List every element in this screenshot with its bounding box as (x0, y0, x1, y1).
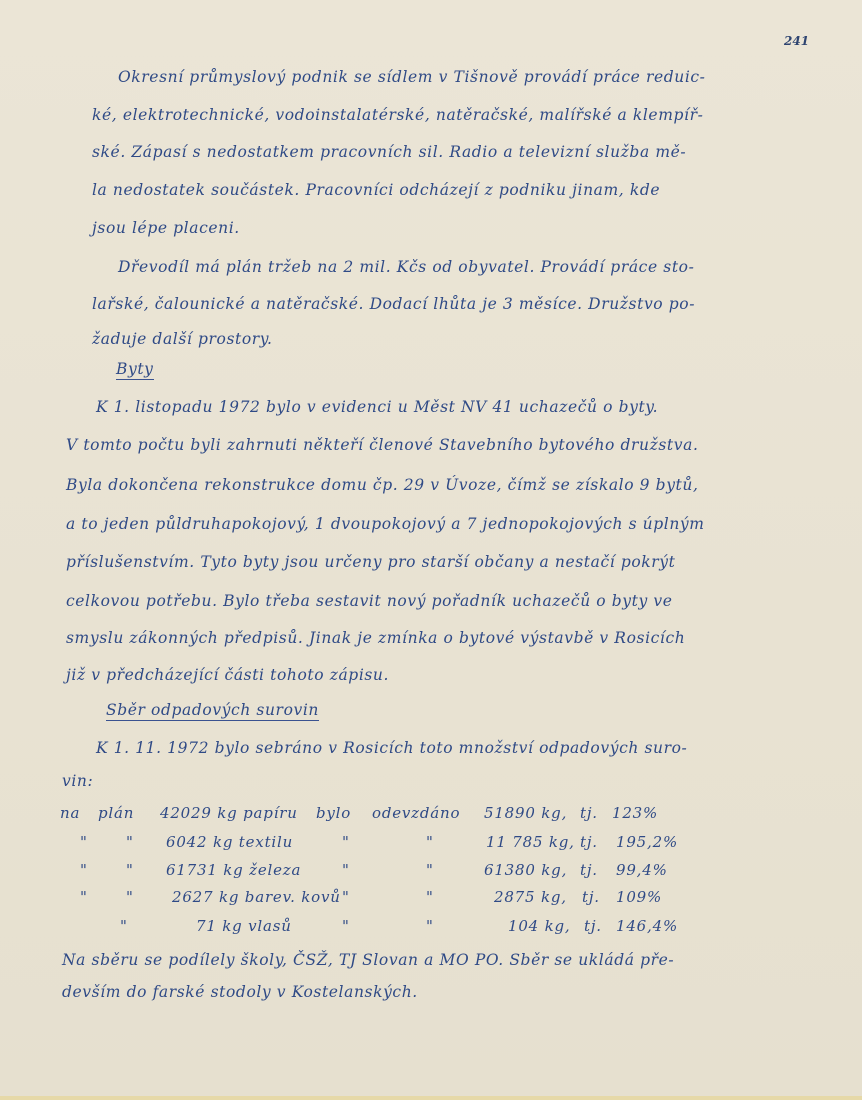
cell-tj: tj. (582, 888, 600, 906)
cell-verb: " (342, 861, 350, 879)
cell-pct: 146,4% (616, 917, 678, 935)
cell-pct: 109% (616, 888, 662, 906)
document-page: 241 Okresní průmyslový podnik se sídlem … (0, 0, 862, 1100)
cell-prefix: plán (98, 804, 134, 822)
cell-verb: bylo (316, 804, 351, 822)
text-line: příslušenstvím. Tyto byty jsou určeny pr… (66, 553, 676, 571)
cell-prefix: " (126, 861, 134, 879)
text-line: celkovou potřebu. Bylo třeba sestavit no… (66, 592, 672, 610)
cell-prefix: " (80, 833, 88, 851)
cell-prefix: " (80, 861, 88, 879)
cell-plan: 71 kg vlasů (196, 917, 292, 935)
text-line: devším do farské stodoly v Kostelanských… (62, 983, 418, 1001)
text-line: Okresní průmyslový podnik se sídlem v Ti… (118, 68, 706, 86)
text-line: žaduje další prostory. (92, 330, 273, 348)
text-line: K 1. 11. 1972 bylo sebráno v Rosicích to… (96, 739, 687, 757)
cell-actual: 51890 kg, (484, 804, 567, 822)
text-line: Na sběru se podílely školy, ČSŽ, TJ Slov… (62, 951, 674, 969)
cell-plan: 6042 kg textilu (166, 833, 293, 851)
cell-plan: 2627 kg barev. kovů (172, 888, 341, 906)
cell-prefix: " (126, 833, 134, 851)
text-line: již v předcházející části tohoto zápisu. (66, 666, 389, 684)
text-line: lařské, čalounické a natěračské. Dodací … (92, 295, 695, 313)
cell-verb: " (426, 888, 434, 906)
text-line: vin: (62, 772, 93, 790)
cell-verb: " (342, 917, 350, 935)
section-heading-byty: Byty (116, 360, 154, 380)
page-number: 241 (784, 34, 809, 48)
text-line: jsou lépe placeni. (92, 219, 240, 237)
cell-actual: 11 785 kg, (486, 833, 575, 851)
cell-verb: " (342, 888, 350, 906)
text-line: ké, elektrotechnické, vodoinstalatérské,… (92, 106, 703, 124)
cell-verb: odevzdáno (372, 804, 460, 822)
cell-plan: 42029 kg papíru (160, 804, 298, 822)
cell-actual: 2875 kg, (494, 888, 567, 906)
cell-prefix: " (126, 888, 134, 906)
cell-verb: " (426, 833, 434, 851)
cell-pct: 195,2% (616, 833, 678, 851)
cell-tj: tj. (584, 917, 602, 935)
cell-tj: tj. (580, 833, 598, 851)
cell-actual: 104 kg, (508, 917, 570, 935)
text-line: a to jeden půldruhapokojový, 1 dvoupokoj… (66, 515, 705, 533)
text-line: Byla dokončena rekonstrukce domu čp. 29 … (66, 476, 699, 494)
text-line: K 1. listopadu 1972 bylo v evidenci u Mě… (96, 398, 658, 416)
text-line: ské. Zápasí s nedostatkem pracovních sil… (92, 143, 686, 161)
cell-verb: " (426, 861, 434, 879)
cell-prefix: na (60, 804, 80, 822)
text-line: smyslu zákonných předpisů. Jinak je zmín… (66, 629, 685, 647)
cell-verb: " (426, 917, 434, 935)
cell-pct: 99,4% (616, 861, 668, 879)
text-line: la nedostatek součástek. Pracovníci odch… (92, 181, 660, 199)
cell-pct: 123% (612, 804, 658, 822)
section-heading-suroviny: Sběr odpadových surovin (106, 701, 319, 721)
cell-plan: 61731 kg železa (166, 861, 301, 879)
page-edge (0, 1096, 862, 1100)
cell-tj: tj. (580, 804, 598, 822)
cell-prefix: " (120, 917, 128, 935)
cell-verb: " (342, 833, 350, 851)
text-line: Dřevodíl má plán tržeb na 2 mil. Kčs od … (118, 258, 694, 276)
cell-actual: 61380 kg, (484, 861, 567, 879)
cell-prefix: " (80, 888, 88, 906)
cell-tj: tj. (580, 861, 598, 879)
text-line: V tomto počtu byli zahrnuti někteří člen… (66, 436, 698, 454)
